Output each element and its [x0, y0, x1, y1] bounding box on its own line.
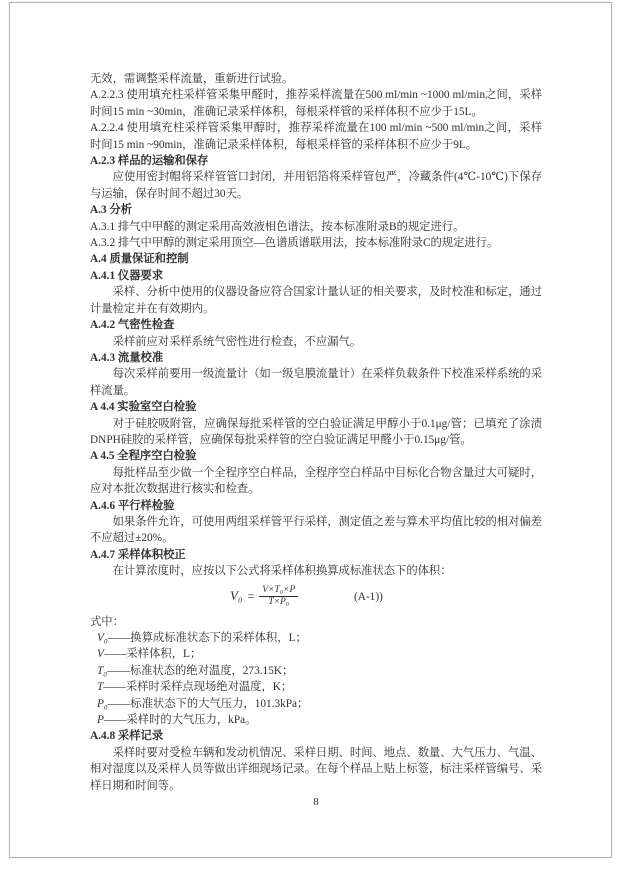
formula-number-label: (A-1)) — [354, 589, 383, 605]
paragraph: A.3.2 排气中甲醇的测定采用顶空—色谱质谱联用法，按本标准附录C的规定进行。 — [90, 235, 542, 251]
variable-symbol: T₀ — [97, 665, 107, 677]
where-label: 式中： — [90, 614, 542, 630]
formula-lhs: V₀ — [230, 588, 242, 604]
page-content: 无效，需调整采样流量，重新进行试验。 A.2.2.3 使用填充柱采样管采集甲醛时… — [90, 71, 542, 794]
section-heading: A 4.4 实验室空白检验 — [90, 399, 542, 415]
variable-description: ——标准状态下的大气压力，101.3kPa； — [108, 698, 309, 710]
paragraph: 在计算浓度时，应按以下公式将采样体积换算成标准状态下的体积： — [90, 563, 542, 579]
variable-description: ——换算成标准状态下的采样体积，L； — [108, 632, 307, 644]
variable-symbol: V₀ — [97, 632, 108, 644]
formula-numerator: V×T₀×P — [259, 585, 298, 598]
section-heading: A.4.2 气密性检查 — [90, 317, 542, 333]
paragraph: A.3.1 排气中甲醛的测定采用高效液相色谱法，按本标准附录B的规定进行。 — [90, 219, 542, 235]
paragraph: 应使用密封帽将采样管管口封闭，并用铝箔将采样管包严，冷藏条件(4℃-10℃)下保… — [90, 169, 542, 202]
paragraph: 如果条件允许，可使用两组采样管平行采样，测定值之差与算术平均值比较的相对偏差不应… — [90, 514, 542, 547]
section-heading: A.4.8 采样记录 — [90, 728, 542, 744]
section-heading: A.2.3 样品的运输和保存 — [90, 153, 542, 169]
variable-symbol: V — [97, 648, 104, 660]
paragraph: A.2.2.3 使用填充柱采样管采集甲醛时，推荐采样流量在500 ml/min … — [90, 87, 542, 120]
paragraph: 无效，需调整采样流量，重新进行试验。 — [90, 71, 542, 87]
formula-fraction: V×T₀×P T×P₀ — [259, 585, 298, 609]
paragraph: 每次采样前要用一级流量计（如一级皂膜流量计）在采样负载条件下校准采样系统的采样流… — [90, 366, 542, 399]
paragraph: 对于硅胶吸附管，应确保每批采样管的空白验证满足甲醇小于0.1μg/管；已填充了涂… — [90, 416, 542, 449]
variable-definition: P₀——标准状态下的大气压力，101.3kPa； — [90, 696, 542, 712]
variable-definition: V——采样体积，L； — [90, 646, 542, 662]
variable-description: ——采样时的大气压力，kPa。 — [104, 714, 257, 726]
variable-description: ——采样时采样点现场绝对温度，K； — [103, 681, 292, 693]
variable-definition: T——采样时采样点现场绝对温度，K； — [90, 679, 542, 695]
variable-definition: P——采样时的大气压力，kPa。 — [90, 712, 542, 728]
paragraph: 每批样品至少做一个全程序空白样品，全程序空白样品中目标化合物含量过大可疑时，应对… — [90, 465, 542, 498]
variable-definition: V₀——换算成标准状态下的采样体积，L； — [90, 630, 542, 646]
formula-denominator: T×P₀ — [265, 597, 292, 609]
section-heading: A.4.1 仪器要求 — [90, 268, 542, 284]
variable-symbol: P₀ — [97, 698, 108, 710]
formula-equals-sign: = — [247, 588, 254, 604]
paragraph: 采样、分析中使用的仪器设备应符合国家计量认证的相关要求，及时校准和标定，通过计量… — [90, 284, 542, 317]
section-heading: A.4.3 流量校准 — [90, 350, 542, 366]
paragraph: 采样时要对受检车辆和发动机情况、采样日期、时间、地点、数量、大气压力、气温、相对… — [90, 745, 542, 794]
formula: V₀ = V×T₀×P T×P₀ (A-1)) — [90, 580, 542, 614]
variable-symbol: P — [97, 714, 104, 726]
variable-description: ——采样体积，L； — [104, 648, 201, 660]
section-heading: A.4.6 平行样检验 — [90, 498, 542, 514]
variable-description: ——标准状态的绝对温度，273.15K； — [107, 665, 293, 677]
paragraph: 采样前应对采样系统气密性进行检查，不应漏气。 — [90, 334, 542, 350]
section-heading: A.4 质量保证和控制 — [90, 251, 542, 267]
section-heading: A.3 分析 — [90, 202, 542, 218]
section-heading: A 4.5 全程序空白检验 — [90, 448, 542, 464]
page-number: 8 — [90, 796, 542, 808]
variable-definitions: V₀——换算成标准状态下的采样体积，L； V——采样体积，L； T₀——标准状态… — [90, 630, 542, 728]
section-heading: A.4.7 采样体积校正 — [90, 547, 542, 563]
document-page: 无效，需调整采样流量，重新进行试验。 A.2.2.3 使用填充柱采样管采集甲醛时… — [9, 2, 612, 858]
paragraph: A.2.2.4 使用填充柱采样管采集甲醇时，推荐采样流量在100 ml/min … — [90, 120, 542, 153]
variable-definition: T₀——标准状态的绝对温度，273.15K； — [90, 663, 542, 679]
